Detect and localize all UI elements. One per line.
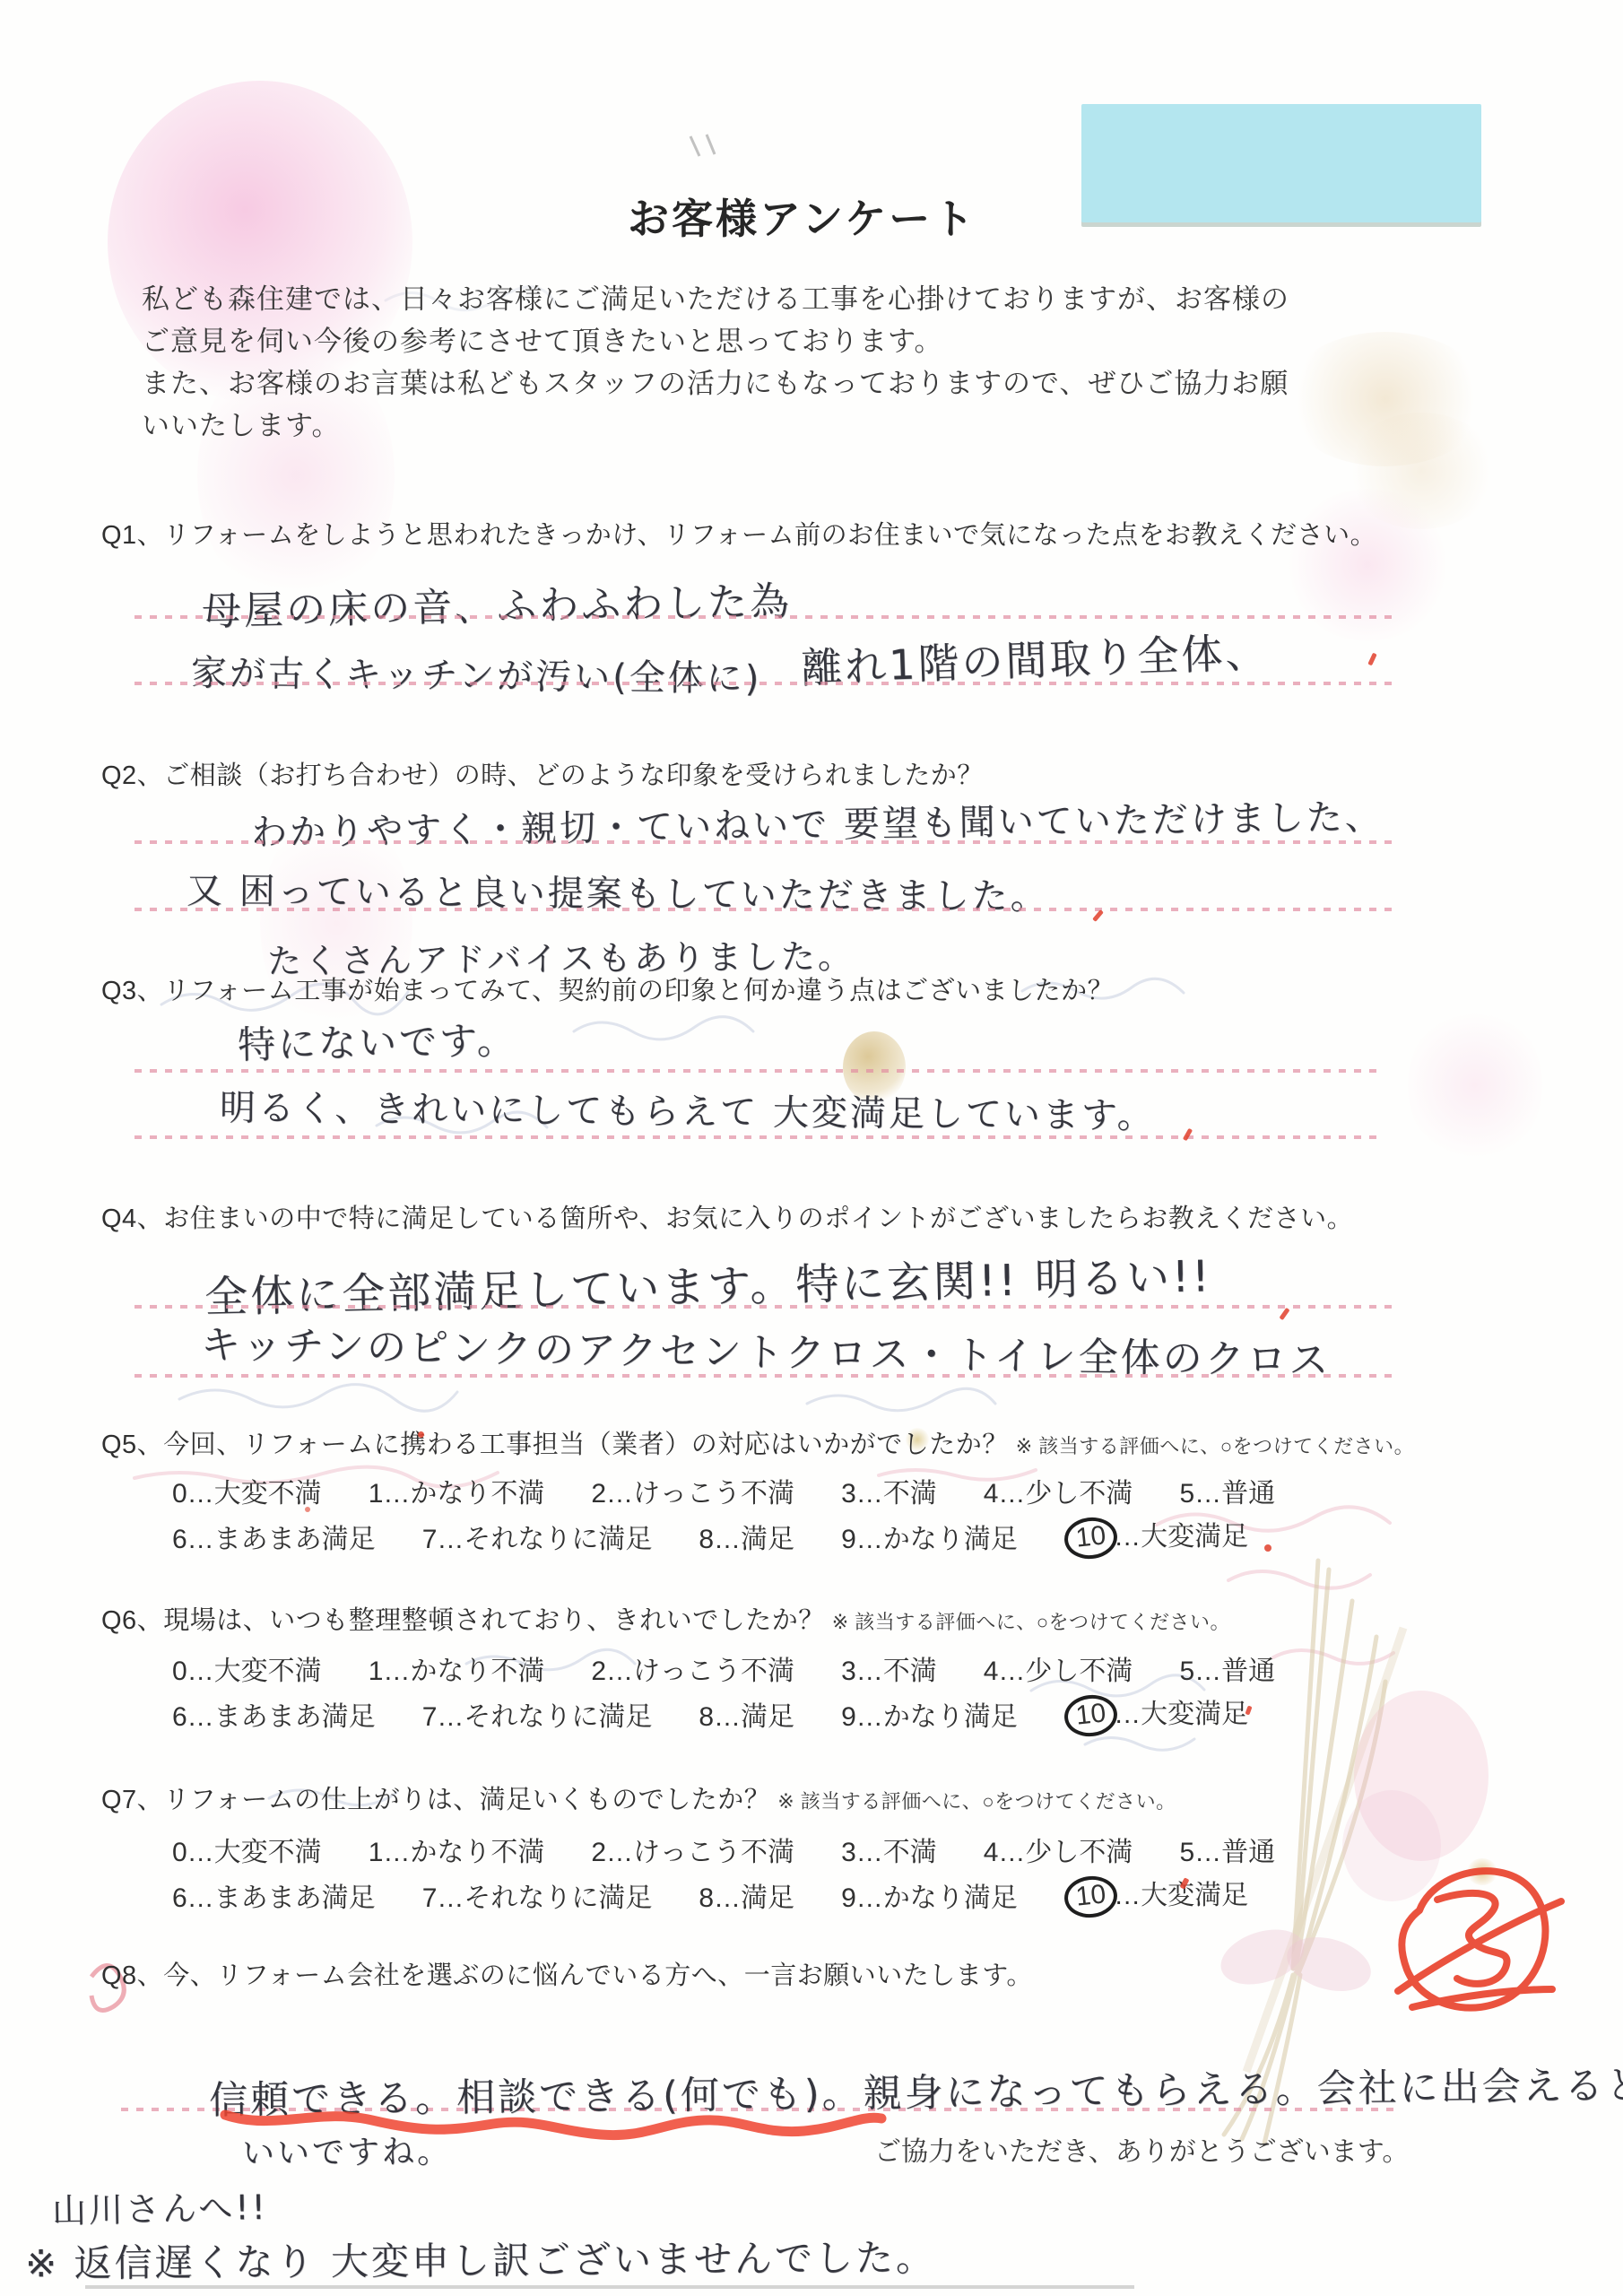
q7-text: リフォームの仕上がりは、満足いくものでしたか？ <box>163 1786 770 1814</box>
scale-item: 0…大変不満 <box>172 1648 322 1688</box>
scale-item: 4…少し不満 <box>984 1471 1133 1510</box>
survey-page: お客様アンケート 私ども森住建では、日々お客様にご満足いただける工事を心掛けてお… <box>0 0 1623 2296</box>
red-fleck <box>1183 1128 1193 1142</box>
scale-item: 6…まあまあ満足 <box>172 1517 376 1556</box>
q5-text: 今回、リフォームに携わる工事担当（業者）の対応はいかがでしたか？ <box>163 1431 1009 1459</box>
scale-item: 6…まあまあ満足 <box>172 1875 376 1915</box>
q7-note: ※ 該当する評価へに、○をつけてください。 <box>777 1790 1176 1813</box>
red-fleck <box>1279 1308 1289 1320</box>
scale-item: 5…普通 <box>1179 1648 1275 1688</box>
intro-line: いいたします。 <box>142 403 341 443</box>
scale-item: 7…それなりに満足 <box>422 1875 653 1915</box>
q4-label: Q4、 <box>101 1205 163 1233</box>
tiny-pen-mark <box>690 135 715 156</box>
scale-item: 3…不満 <box>841 1471 937 1510</box>
stain-yellow-seal <box>1467 1858 1497 1885</box>
q5-label: Q5、 <box>101 1431 163 1459</box>
scale-item: 3…不満 <box>841 1648 937 1688</box>
question-q1: Q1、リフォームをしようと思われたきっかけ、リフォーム前のお住まいで気になった点… <box>101 515 1376 552</box>
q4-text: お住まいの中で特に満足している箇所や、お気に入りのポイントがございましたらお教え… <box>163 1205 1353 1233</box>
scale-item: 8…満足 <box>699 1875 794 1915</box>
q3-label: Q3、 <box>101 977 163 1005</box>
stain-tan-right2 <box>1345 413 1497 529</box>
intro-line: また、お客様のお言葉は私どもスタッフの活力にもなっておりますので、ぜひご協力お願 <box>142 361 1289 401</box>
red-marker-scribble <box>1385 1855 1565 2025</box>
thanks-note: ご協力をいただき、ありがとうございます。 <box>874 2129 1409 2169</box>
q6-text: 現場は、いつも整理整頓されており、きれいでしたか？ <box>163 1606 825 1635</box>
scale-item-selected: 10…大変満足 <box>1064 1692 1248 1736</box>
red-fleck <box>1367 653 1376 666</box>
question-q6: Q6、現場は、いつも整理整頓されており、きれいでしたか？※ 該当する評価へに、○… <box>101 1600 1230 1637</box>
q5-rating-circle: 10 <box>1063 1515 1120 1561</box>
q1-label: Q1、 <box>101 521 163 550</box>
addressee-note: 山川さんへ!! <box>52 2179 269 2232</box>
scale-item-selected: 10…大変満足 <box>1064 1873 1248 1918</box>
flower-blossom <box>1354 1691 1488 1861</box>
q2-text: ご相談（お打ち合わせ）の時、どのような印象を受けられましたか？ <box>163 761 984 790</box>
ribbon-bow <box>1214 1920 1312 1995</box>
scale-item: 6…まあまあ満足 <box>172 1694 376 1734</box>
answer-dotline <box>135 1135 1381 1139</box>
red-fleck <box>1264 1544 1271 1552</box>
q8-answer-line1: 信頼できる。相談できる(何でも)。親身になってもらえる。会社に出会えると <box>209 2056 1623 2126</box>
q4-answer-line1: 全体に全部満足しています。特に玄関!! 明るい!! <box>204 1241 1212 1325</box>
q5-note: ※ 該当する評価へに、○をつけてください。 <box>1016 1435 1414 1457</box>
scale-item: 5…普通 <box>1179 1471 1275 1510</box>
stain-pink-right2 <box>1408 1004 1542 1166</box>
intro-line: 私ども森住建では、日々お客様にご満足いただける工事を心掛けておりますが、お客様の <box>142 276 1289 317</box>
scale-item: 2…けっこう不満 <box>591 1830 794 1869</box>
intro-line: ご意見を伺い今後の参考にさせて頂きたいと思っております。 <box>142 318 943 359</box>
q1-text: リフォームをしようと思われたきっかけ、リフォーム前のお住まいで気になった点をお教… <box>163 521 1376 550</box>
red-fleck <box>305 1507 310 1512</box>
question-q5: Q5、今回、リフォームに携わる工事担当（業者）の対応はいかがでしたか？※ 該当す… <box>101 1424 1414 1461</box>
q6-label: Q6、 <box>101 1606 163 1635</box>
apology-note: ※ 返信遅くなり 大変申し訳ございませんでした。 <box>25 2228 936 2288</box>
scale-item: 9…かなり満足 <box>841 1694 1018 1734</box>
q6-scale-row2: 6…まあまあ満足 7…それなりに満足 8…満足 9…かなり満足 10…大変満足 <box>172 1692 1248 1736</box>
red-fleck <box>1092 909 1104 922</box>
question-q8: Q8、今、リフォーム会社を選ぶのに悩んでいる方へ、一言お願いいたします。 <box>101 1955 1033 1992</box>
question-q2: Q2、ご相談（お打ち合わせ）の時、どのような印象を受けられましたか？ <box>101 755 984 792</box>
answer-dotline <box>135 1069 1381 1073</box>
answer-dotline <box>135 1374 1399 1378</box>
red-fleck <box>418 1431 424 1438</box>
scale-item-selected: 10…大変満足 <box>1064 1514 1248 1559</box>
answer-dotline <box>135 840 1399 844</box>
q7-label: Q7、 <box>101 1786 163 1814</box>
q6-note: ※ 該当する評価へに、○をつけてください。 <box>832 1611 1230 1633</box>
q8-text: 今、リフォーム会社を選ぶのに悩んでいる方へ、一言お願いいたします。 <box>163 1961 1033 1990</box>
q5-scale-row1: 0…大変不満 1…かなり不満 2…けっこう不満 3…不満 4…少し不満 5…普通 <box>172 1471 1275 1510</box>
answer-dotline <box>135 1305 1399 1309</box>
privacy-sticker <box>1081 104 1481 222</box>
q3-answer-line2: 明るく、きれいにしてもらえて 大変満足しています。 <box>220 1079 1156 1138</box>
q1-answer-line1: 母屋の床の音、ふわふわした為 <box>201 569 792 636</box>
scale-item: 1…かなり不満 <box>369 1830 545 1869</box>
scale-item: 2…けっこう不満 <box>591 1648 794 1688</box>
stain-tan-right <box>1282 332 1488 466</box>
q6-rating-circle: 10 <box>1063 1692 1120 1739</box>
scale-item: 5…普通 <box>1179 1830 1275 1869</box>
scale-item: 3…不満 <box>841 1830 937 1869</box>
scale-item: 2…けっこう不満 <box>591 1471 794 1510</box>
answer-dotline <box>135 615 1399 619</box>
scale-item: 1…かなり不満 <box>369 1648 545 1688</box>
scale-item: 1…かなり不満 <box>369 1471 545 1510</box>
q3-text: リフォーム工事が始まってみて、契約前の印象と何か違う点はございましたか？ <box>163 977 1114 1005</box>
scale-item: 8…満足 <box>699 1517 794 1556</box>
scan-edge-line <box>85 2285 1134 2289</box>
q8-answer-line2: いいですね。 <box>242 2126 452 2174</box>
q5-scale-row2: 6…まあまあ満足 7…それなりに満足 8…満足 9…かなり満足 10…大変満足 <box>172 1514 1248 1559</box>
q6-scale-row1: 0…大変不満 1…かなり不満 2…けっこう不満 3…不満 4…少し不満 5…普通 <box>172 1648 1275 1688</box>
answer-dotline <box>135 682 1399 685</box>
scale-item: 0…大変不満 <box>172 1471 322 1510</box>
scale-item: 0…大変不満 <box>172 1830 322 1869</box>
q2-answer-line1: わかりやすく・親切・ていねいで 要望も聞いていただけました、 <box>251 788 1384 856</box>
scale-item: 7…それなりに満足 <box>422 1517 653 1556</box>
q8-label: Q8、 <box>101 1961 163 1990</box>
scale-item: 4…少し不満 <box>984 1648 1133 1688</box>
q7-scale-row2: 6…まあまあ満足 7…それなりに満足 8…満足 9…かなり満足 10…大変満足 <box>172 1873 1248 1918</box>
page-title: お客様アンケート <box>628 187 976 246</box>
q2-label: Q2、 <box>101 761 163 790</box>
scale-item: 8…満足 <box>699 1694 794 1734</box>
scale-item: 9…かなり満足 <box>841 1517 1018 1556</box>
q1-answer-line2: 家が古くキッチンが汚い(全体に) <box>191 645 762 702</box>
answer-dotline <box>135 908 1399 911</box>
scale-item: 4…少し不満 <box>984 1830 1133 1869</box>
q3-answer-line1: 特にないです。 <box>238 1011 518 1069</box>
question-q4: Q4、お住まいの中で特に満足している箇所や、お気に入りのポイントがございましたら… <box>101 1198 1353 1235</box>
question-q7: Q7、リフォームの仕上がりは、満足いくものでしたか？※ 該当する評価へに、○をつ… <box>101 1779 1176 1816</box>
scale-item: 7…それなりに満足 <box>422 1694 653 1734</box>
question-q3: Q3、リフォーム工事が始まってみて、契約前の印象と何か違う点はございましたか？ <box>101 970 1114 1007</box>
scale-item: 9…かなり満足 <box>841 1875 1018 1915</box>
q7-scale-row1: 0…大変不満 1…かなり不満 2…けっこう不満 3…不満 4…少し不満 5…普通 <box>172 1830 1275 1869</box>
q7-rating-circle: 10 <box>1063 1874 1120 1920</box>
